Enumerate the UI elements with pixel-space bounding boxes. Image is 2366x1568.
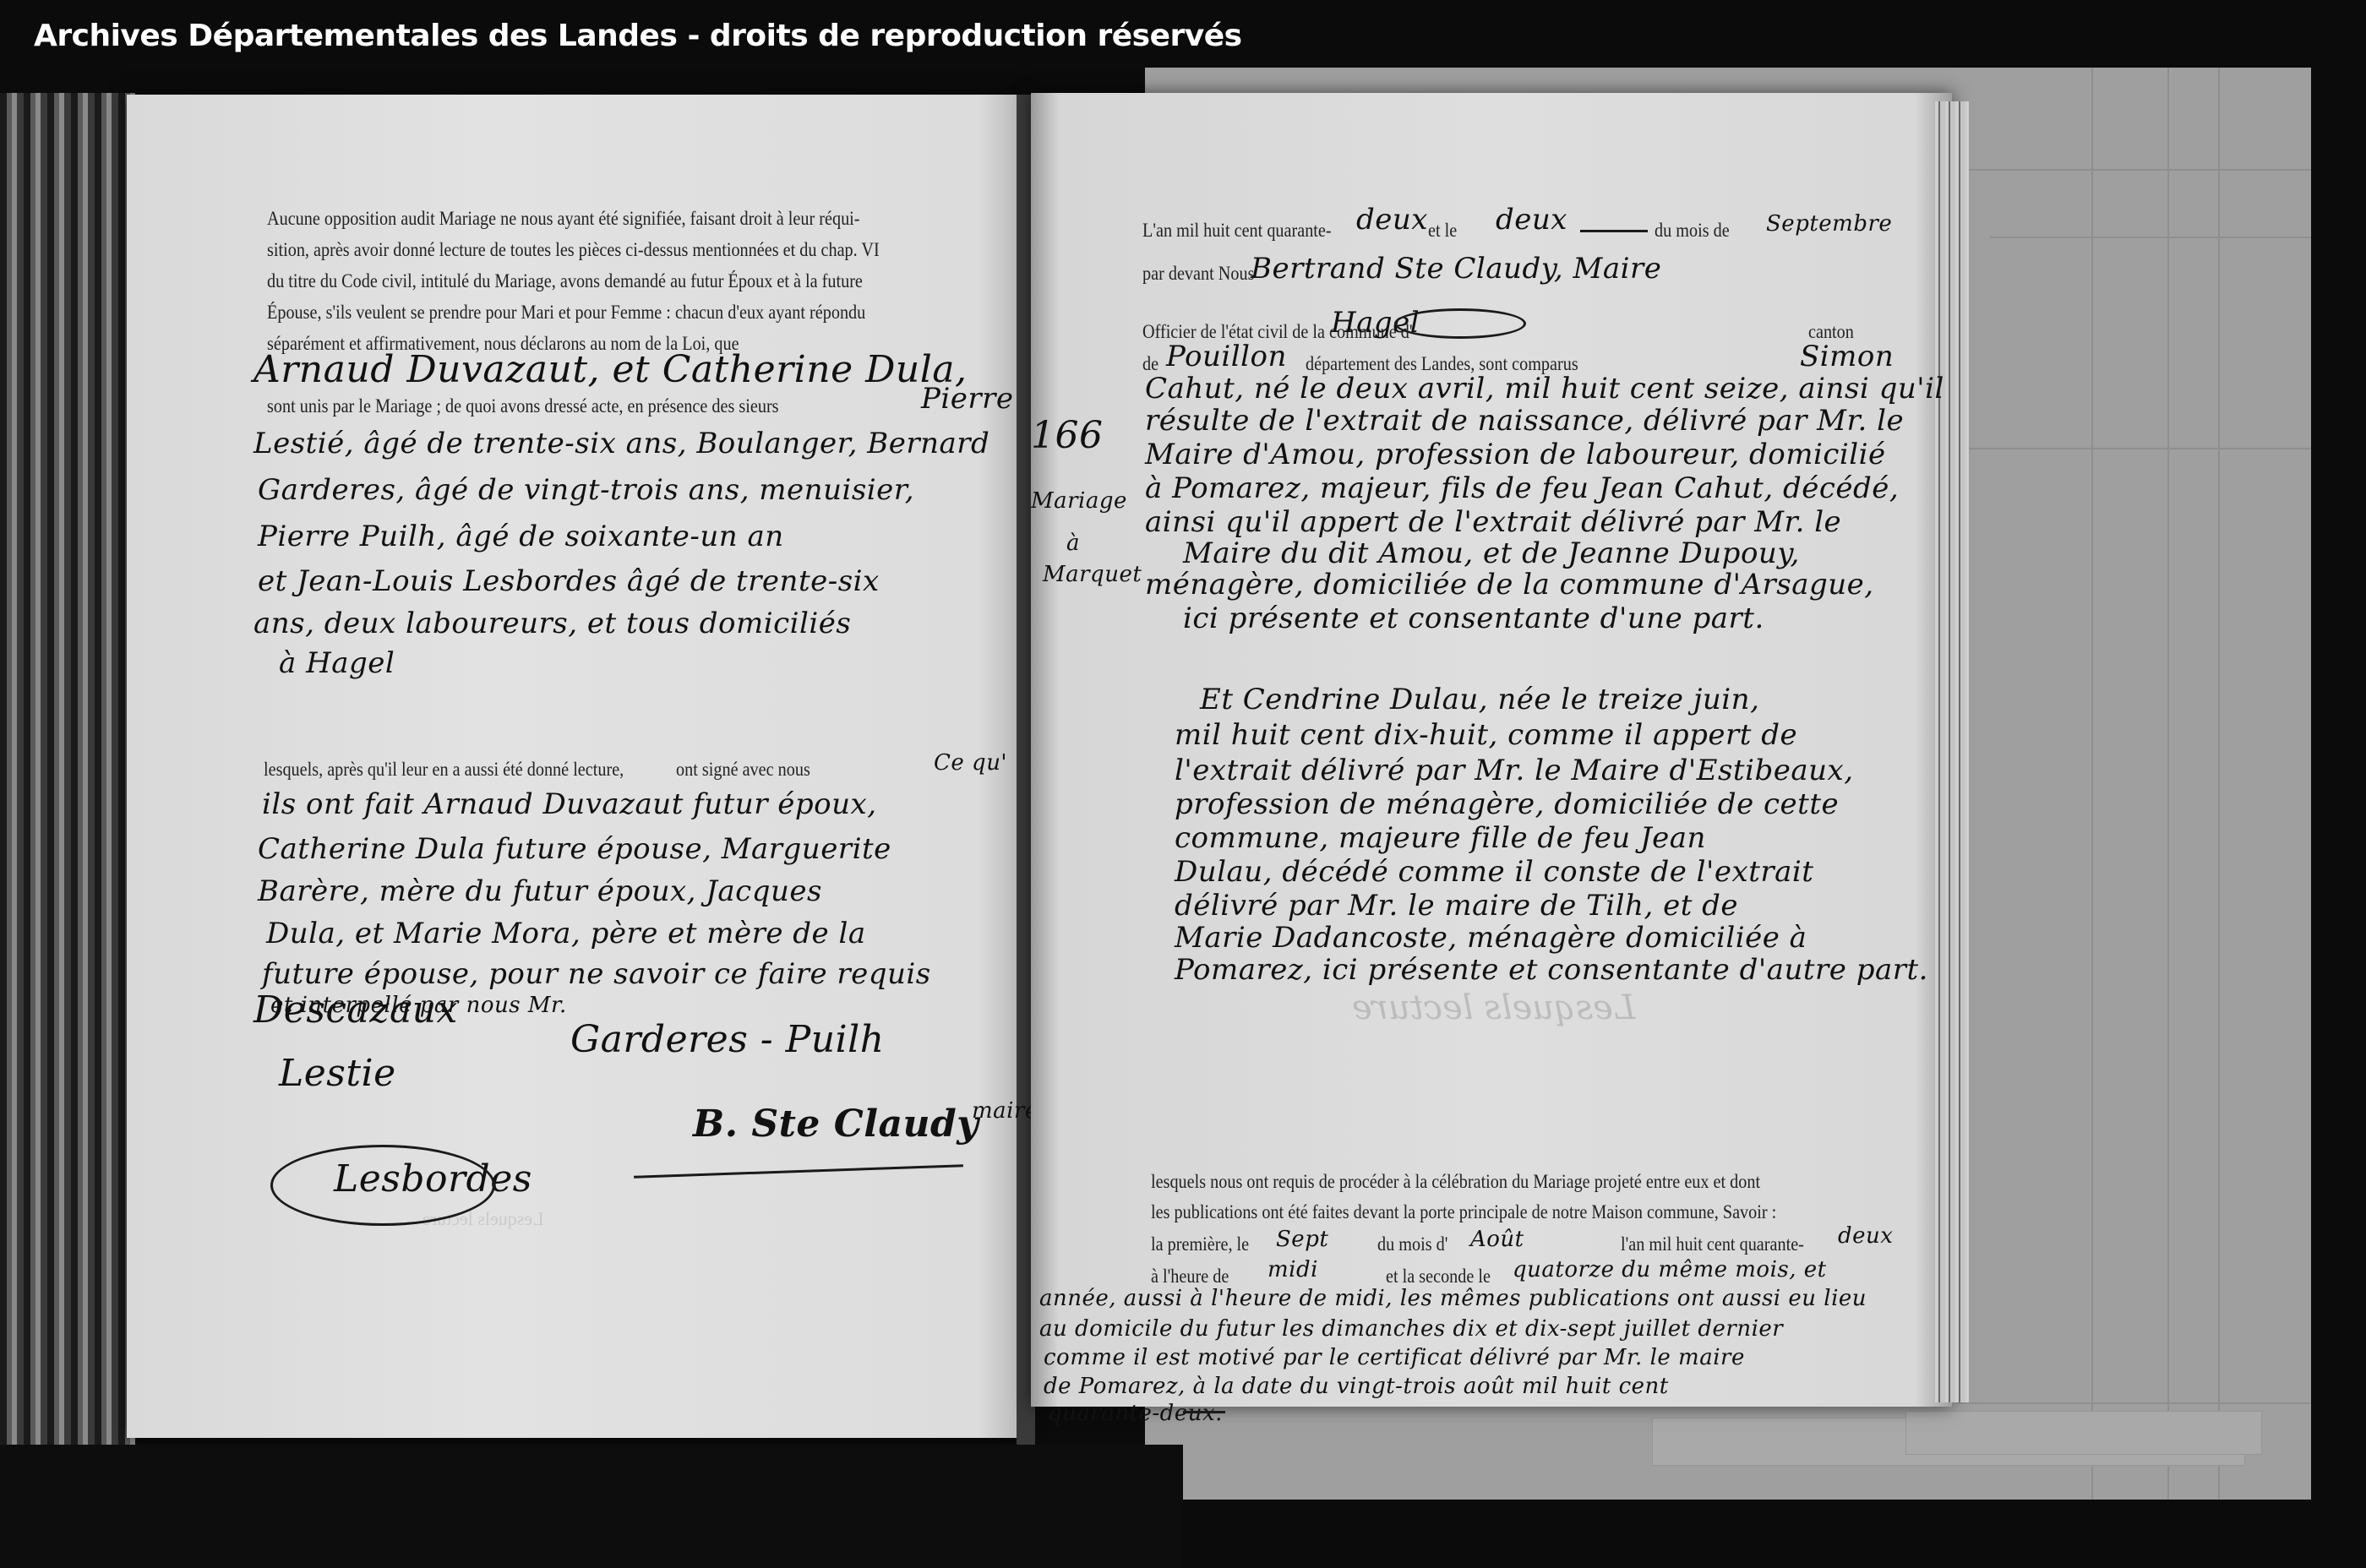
- handwritten-line: quarante-deux.: [1048, 1401, 1223, 1426]
- handwritten-pub-hour: midi: [1267, 1257, 1318, 1282]
- handwritten-line: ici présente et consentante d'une part.: [1183, 602, 1764, 635]
- handwritten-line: mil huit cent dix-huit, comme il appert …: [1175, 718, 1797, 752]
- handwritten-pub-second: quatorze du même mois, et: [1513, 1257, 1827, 1282]
- handwritten-line: l'extrait délivré par Mr. le Maire d'Est…: [1175, 754, 1854, 787]
- margin-label: Mariage: [1031, 488, 1127, 514]
- handwritten-line: Pierre Puilh, âgé de soixante-un an: [258, 520, 784, 553]
- handwritten-line: à Pomarez, majeur, fils de feu Jean Cahu…: [1145, 471, 1899, 505]
- adhesive-tape: [1905, 1411, 2262, 1455]
- printed-line: ont signé avec nous: [676, 760, 810, 781]
- handwritten-line: ainsi qu'il appert de l'extrait délivré …: [1145, 505, 1841, 539]
- handwritten-line: et Jean-Louis Lesbordes âgé de trente-si…: [258, 564, 880, 598]
- printed-line: L'an mil huit cent quarante-: [1142, 221, 1332, 242]
- handwritten-line: Pierre: [921, 382, 1014, 416]
- grid-line: [1956, 169, 2311, 171]
- book-edge: [0, 93, 135, 1453]
- handwritten-officer: Bertrand Ste Claudy, Maire: [1251, 252, 1661, 286]
- printed-line: et la seconde le: [1386, 1267, 1491, 1288]
- handwritten-line: ils ont fait Arnaud Duvazaut futur époux…: [262, 787, 877, 821]
- printed-line: Épouse, s'ils veulent se prendre pour Ma…: [267, 303, 865, 324]
- signature-descazaux: Descazaux: [253, 988, 458, 1032]
- signature-garderes-puilh: Garderes - Puilh: [570, 1018, 885, 1061]
- handwritten-line: Cahut, né le deux avril, mil huit cent s…: [1145, 372, 1944, 406]
- printed-line: du titre du Code civil, intitulé du Mari…: [267, 272, 863, 292]
- margin-act-number: 166: [1031, 414, 1103, 457]
- handwritten-line: future épouse, pour ne savoir ce faire r…: [262, 957, 931, 991]
- margin-label: à: [1066, 531, 1080, 556]
- printed-line: sition, après avoir donné lecture de tou…: [267, 241, 880, 261]
- handwritten-pub-day: Sept: [1276, 1227, 1328, 1252]
- grid-line: [2091, 68, 2093, 1500]
- handwritten-spouses: Arnaud Duvazaut, et Catherine Dula,: [253, 348, 968, 391]
- commune-flourish: [1394, 308, 1526, 339]
- handwritten-line: Marie Dadancoste, ménagère domiciliée à: [1175, 921, 1807, 955]
- handwritten-line: au domicile du futur les dimanches dix e…: [1039, 1316, 1783, 1342]
- printed-line: par devant Nous: [1142, 264, 1254, 285]
- handwritten-pub-month: Août: [1470, 1227, 1524, 1252]
- grid-line: [1990, 237, 2311, 238]
- handwritten-line: profession de ménagère, domiciliée de ce…: [1175, 787, 1839, 821]
- handwritten-line: ans, deux laboureurs, et tous domiciliés: [253, 607, 851, 640]
- signature-lestie: Lestie: [279, 1052, 396, 1095]
- handwritten-line: Pomarez, ici présente et consentante d'a…: [1175, 953, 1928, 987]
- handwritten-line: à Hagel: [279, 646, 395, 680]
- filler-dash: [1580, 230, 1648, 232]
- handwritten-line: de Pomarez, à la date du vingt-trois aoû…: [1044, 1374, 1669, 1399]
- handwritten-line: commune, majeure fille de feu Jean: [1175, 821, 1706, 855]
- printed-line: l'an mil huit cent quarante-: [1621, 1235, 1804, 1255]
- handwritten-line: Et Cendrine Dulau, née le treize juin,: [1200, 683, 1759, 716]
- handwritten-pub-year: deux: [1838, 1223, 1893, 1249]
- signature-maire-note: maire: [972, 1098, 1039, 1124]
- handwritten-line: Ce qu': [934, 750, 1007, 776]
- printed-line: sont unis par le Mariage ; de quoi avons…: [267, 397, 779, 417]
- printed-line: lesquels nous ont requis de procéder à l…: [1151, 1173, 1760, 1193]
- printed-line: à l'heure de: [1151, 1267, 1229, 1288]
- watermark: Archives Départementales des Landes - dr…: [34, 19, 1242, 53]
- handwritten-line: Barère, mère du futur époux, Jacques: [258, 874, 822, 908]
- printed-line: lesquels, après qu'il leur en a aussi ét…: [264, 760, 624, 781]
- printed-line: du mois d': [1377, 1235, 1447, 1255]
- printed-line: la première, le: [1151, 1235, 1249, 1255]
- grid-line: [2218, 68, 2220, 1500]
- handwritten-groom-name: Simon: [1800, 340, 1894, 373]
- grid-line: [1956, 448, 2311, 449]
- handwritten-line: Lestié, âgé de trente-six ans, Boulanger…: [253, 427, 989, 460]
- filler-dash: [1183, 1411, 1225, 1413]
- handwritten-line: comme il est motivé par le certificat dé…: [1044, 1345, 1745, 1370]
- printed-line: et le: [1428, 221, 1457, 242]
- handwritten-line: Dulau, décédé comme il conste de l'extra…: [1175, 855, 1813, 889]
- handwritten-line: Maire d'Amou, profession de laboureur, d…: [1145, 438, 1886, 471]
- printed-line: du mois de: [1655, 221, 1730, 242]
- handwritten-day: deux: [1496, 203, 1567, 237]
- handwritten-year: deux: [1356, 203, 1428, 237]
- printed-line: Aucune opposition audit Mariage ne nous …: [267, 210, 860, 230]
- handwritten-line: Dula, et Marie Mora, père et mère de la: [266, 917, 866, 950]
- handwritten-line: résulte de l'extrait de naissance, déliv…: [1145, 404, 1904, 438]
- handwritten-month: Septembre: [1766, 211, 1892, 237]
- bleed-through-text: Lesquels lecture: [422, 1208, 544, 1230]
- bleed-through-signatures: Lesquels lecture: [1352, 988, 1635, 1027]
- handwritten-line: délivré par Mr. le maire de Tilh, et de: [1175, 889, 1738, 923]
- background-dark: [0, 1445, 1183, 1568]
- grid-line: [2167, 68, 2169, 1500]
- printed-line: les publications ont été faites devant l…: [1151, 1203, 1776, 1223]
- grid-line: [1956, 1402, 2311, 1404]
- signature-maire: B. Ste Claudy: [693, 1102, 979, 1146]
- handwritten-line: Garderes, âgé de vingt-trois ans, menuis…: [258, 473, 914, 507]
- margin-label: Marquet: [1043, 562, 1142, 587]
- handwritten-line: ménagère, domiciliée de la commune d'Ars…: [1145, 568, 1874, 602]
- right-page-stack: [1935, 101, 1969, 1402]
- handwritten-line: Catherine Dula future épouse, Marguerite: [258, 832, 891, 866]
- handwritten-canton: Pouillon: [1166, 340, 1287, 373]
- handwritten-line: Maire du dit Amou, et de Jeanne Dupouy,: [1183, 536, 1800, 570]
- handwritten-line: année, aussi à l'heure de midi, les même…: [1039, 1286, 1867, 1311]
